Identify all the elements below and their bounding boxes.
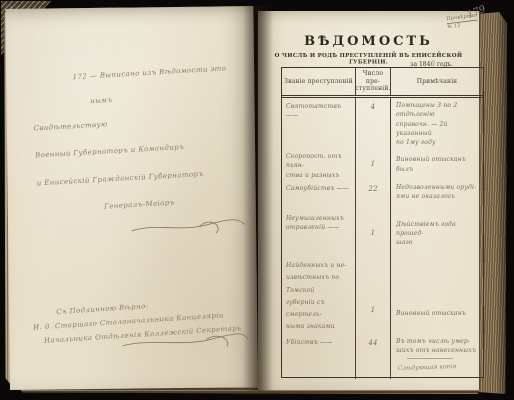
handwritten-annotation-top: 172 — Выписано изъ Вѣдомости это нымъ Св… bbox=[30, 47, 253, 257]
table-row: Самоубійствъ —— 22 Недозволенными оруді-… bbox=[282, 180, 483, 210]
crime-note-cell: Виновный отысканъ bbox=[391, 256, 483, 334]
annotation-line: 172 — Выписано изъ Вѣдомости это bbox=[72, 61, 243, 84]
scanned-ledger-spread: { "folio": { "number": "179", "stamp": {… bbox=[0, 0, 514, 400]
signature-flourish bbox=[129, 215, 250, 238]
crime-note-cell: Помѣщены 3 по 2 отдѣленію справочн. — 2й… bbox=[391, 98, 483, 148]
annotation-line: и Енисейскій Гражданскій Губернаторъ bbox=[36, 165, 248, 191]
crime-name-cell: Убійствъ —— bbox=[282, 334, 356, 379]
annotation-line: Генералъ-Маіоръ bbox=[104, 192, 251, 214]
footer-divider bbox=[407, 358, 453, 359]
right-page: ВѢДОМОСТЬ О ЧИСЛѢ И РОДѢ ПРЕСТУПЛЕНІЙ ВЪ… bbox=[258, 11, 480, 390]
header-crime-count: Число пре- ступленій. bbox=[356, 68, 391, 95]
crime-count-cell: 1 bbox=[356, 210, 391, 256]
table-body: Святотатствъ —— 4 Помѣщены 3 по 2 отдѣле… bbox=[282, 98, 483, 379]
crimes-table: Званіе преступленій Число пре- ступленій… bbox=[281, 67, 484, 378]
annotation-line: Свидѣтельствую bbox=[33, 110, 245, 136]
header-remarks: Примѣчанія bbox=[391, 68, 483, 95]
crime-count-cell: 22 bbox=[356, 180, 391, 210]
crime-name-cell: Самоубійствъ —— bbox=[282, 180, 356, 210]
crime-name-cell: Найденныхъ и не- извѣстныхъ по Томской г… bbox=[282, 256, 356, 334]
handwritten-annotation-bottom: Съ Подлинною Вѣрно: И. д. Старшаго Столо… bbox=[28, 292, 263, 359]
left-page: 172 — Выписано изъ Вѣдомости это нымъ Св… bbox=[5, 6, 258, 390]
table-row: Святотатствъ —— 4 Помѣщены 3 по 2 отдѣле… bbox=[282, 98, 483, 148]
table-row: Неумышленныхъ отравленій —— 1 Дѣйствіемъ… bbox=[282, 210, 483, 256]
crime-note-cell: Виновный отысканъ былъ bbox=[391, 148, 483, 180]
table-row: Найденныхъ и не- извѣстныхъ по Томской г… bbox=[282, 256, 483, 334]
document-title: ВѢДОМОСТЬ bbox=[258, 34, 479, 49]
crime-count-cell: 1 bbox=[356, 256, 391, 334]
crime-count-cell: 4 bbox=[356, 98, 391, 148]
header-crime-name: Званіе преступленій bbox=[282, 68, 356, 95]
annotation-line: нымъ bbox=[90, 88, 244, 105]
crime-note-cell: Недозволенными оруді- ями не оказалось bbox=[391, 180, 483, 210]
table-row: Скоропост. отъ пьян- ства и разныхъ 1 Ви… bbox=[282, 148, 483, 180]
crime-name-cell: Святотатствъ —— bbox=[282, 98, 356, 148]
crime-note-cell: Въ томъ числѣ умер- шихъ отъ нанесенныхъ bbox=[391, 334, 483, 379]
crime-name-cell: Неумышленныхъ отравленій —— bbox=[282, 210, 356, 256]
crime-name-cell: Скоропост. отъ пьян- ства и разныхъ bbox=[282, 148, 356, 180]
annotation-line: Военный Губернаторъ и Командиръ bbox=[35, 138, 247, 164]
crime-count-cell: 1 bbox=[356, 148, 391, 180]
crime-note-cell: Дѣйствіемъ года прошед- шаго bbox=[391, 210, 483, 256]
table-header-row: Званіе преступленій Число пре- ступленій… bbox=[282, 68, 483, 98]
